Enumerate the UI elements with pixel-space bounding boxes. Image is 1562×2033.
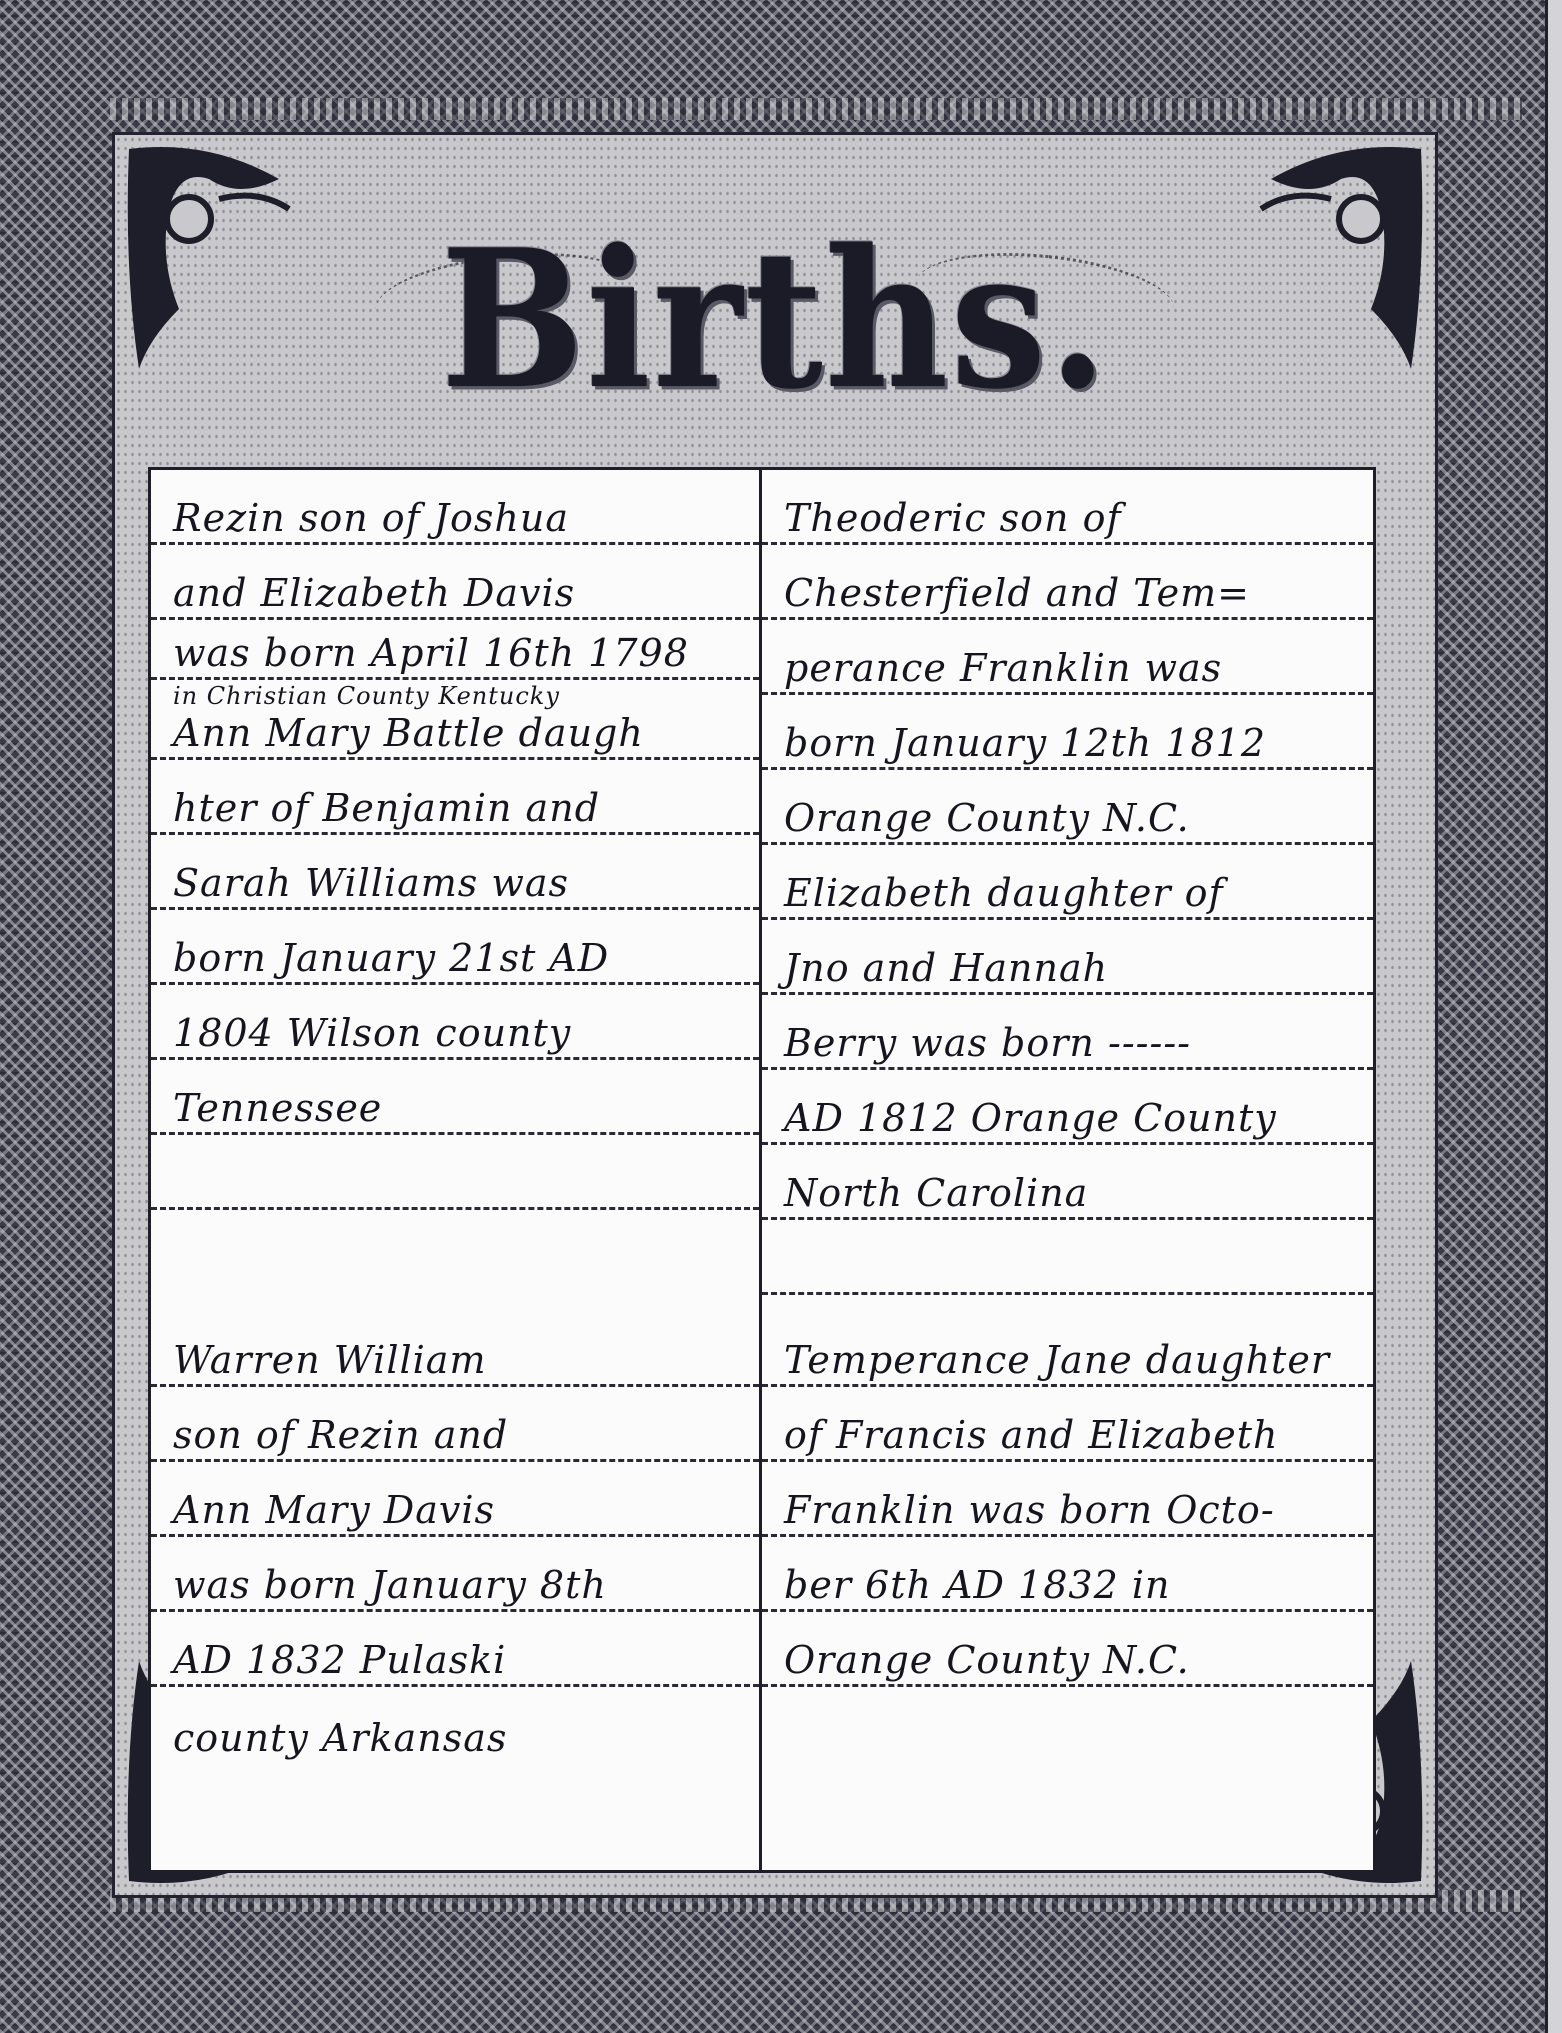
ledger-line: Theoderic son of xyxy=(762,470,1373,545)
entry-block-left-top: Rezin son of Joshua and Elizabeth Davis … xyxy=(151,470,759,1312)
ledger-line: born January 12th 1812 xyxy=(762,695,1373,770)
ledger-line xyxy=(762,1687,1373,1762)
page-title: Births. xyxy=(441,208,1110,432)
entry-block-right-top: Theoderic son of Chesterfield and Tem= p… xyxy=(762,470,1373,1312)
entry-block-right-bottom: Temperance Jane daughter of Francis and … xyxy=(762,1312,1373,1870)
ledger-line: 1804 Wilson county xyxy=(151,985,759,1060)
entry-block-left-bottom: Warren William son of Rezin and Ann Mary… xyxy=(151,1312,759,1870)
ledger-column-right: Theoderic son of Chesterfield and Tem= p… xyxy=(762,470,1373,1870)
ledger-line: Ann Mary Battle daugh xyxy=(151,710,759,760)
ledger-column-left: Rezin son of Joshua and Elizabeth Davis … xyxy=(151,470,762,1870)
ledger-line xyxy=(151,1135,759,1210)
ledger-line: Jno and Hannah xyxy=(762,920,1373,995)
ledger-line: ber 6th AD 1832 in xyxy=(762,1537,1373,1612)
scan-edge-strip xyxy=(1545,0,1562,2033)
births-ledger: Rezin son of Joshua and Elizabeth Davis … xyxy=(148,467,1376,1873)
ledger-line: Chesterfield and Tem= xyxy=(762,545,1373,620)
ledger-line: AD 1812 Orange County xyxy=(762,1070,1373,1145)
ledger-line: Orange County N.C. xyxy=(762,1612,1373,1687)
ledger-line: Tennessee xyxy=(151,1060,759,1135)
ledger-line: perance Franklin was xyxy=(762,620,1373,695)
ledger-line: Temperance Jane daughter xyxy=(762,1312,1373,1387)
ledger-line: county Arkansas xyxy=(151,1687,759,1762)
ledger-line: and Elizabeth Davis xyxy=(151,545,759,620)
ledger-line: was born April 16th 1798 xyxy=(151,620,759,680)
ledger-line: Rezin son of Joshua xyxy=(151,470,759,545)
ledger-line-interlinear: in Christian County Kentucky xyxy=(151,680,759,710)
ledger-line: North Carolina xyxy=(762,1145,1373,1220)
ledger-line: of Francis and Elizabeth xyxy=(762,1387,1373,1462)
ledger-line: hter of Benjamin and xyxy=(151,760,759,835)
ledger-line: born January 21st AD xyxy=(151,910,759,985)
ledger-line: AD 1832 Pulaski xyxy=(151,1612,759,1687)
births-register-page: Births. Rezin son of Joshua and Elizabet… xyxy=(0,0,1562,2033)
title-area: Births. xyxy=(115,135,1435,465)
ledger-line: Elizabeth daughter of xyxy=(762,845,1373,920)
ledger-line: Franklin was born Octo- xyxy=(762,1462,1373,1537)
ledger-line: Sarah Williams was xyxy=(151,835,759,910)
ledger-line: Ann Mary Davis xyxy=(151,1462,759,1537)
wave-border-top xyxy=(110,98,1522,120)
inner-title-plate: Births. Rezin son of Joshua and Elizabet… xyxy=(112,132,1438,1898)
ledger-line: Warren William xyxy=(151,1312,759,1387)
ledger-line: Berry was born ------ xyxy=(762,995,1373,1070)
ledger-line xyxy=(762,1220,1373,1295)
ledger-line: son of Rezin and xyxy=(151,1387,759,1462)
ledger-line: was born January 8th xyxy=(151,1537,759,1612)
ledger-line: Orange County N.C. xyxy=(762,770,1373,845)
